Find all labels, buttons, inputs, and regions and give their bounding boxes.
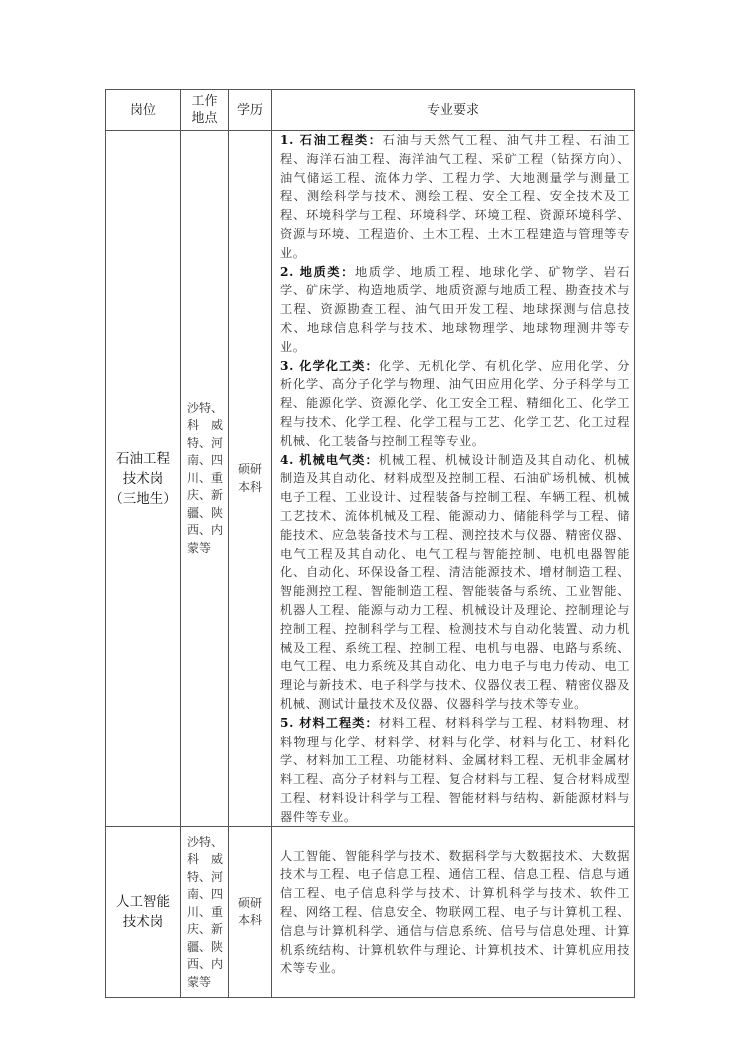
- position-line: 技术岗: [106, 469, 180, 489]
- category-label: 4. 机械电气类：: [280, 453, 379, 467]
- position-line: 人工智能: [106, 892, 180, 912]
- location-cell: 沙特、 科 威 特、河 南、四 川、重 庆、新 疆、陕 西、内 蒙等: [181, 131, 229, 827]
- education-line: 硕研: [229, 461, 271, 479]
- category-label: 5. 材料工程类：: [280, 716, 379, 730]
- location-line: 特、河: [187, 869, 225, 887]
- category-text: 材料工程、材料科学与工程、材料物理、材料物理与化学、材料学、材料与化学、材料与化…: [280, 716, 630, 824]
- requirements-cell: 人工智能、智能科学与技术、数据科学与大数据技术、大数据技术与工程、电子信息工程、…: [272, 827, 635, 998]
- location-line: 川、重: [187, 470, 225, 488]
- education-cell: 硕研 本科: [229, 827, 272, 998]
- location-line: 庆、新: [187, 487, 225, 505]
- location-line: 科 威: [187, 417, 225, 435]
- header-position: 岗位: [106, 90, 181, 131]
- education-cell: 硕研 本科: [229, 131, 272, 827]
- table-header-row: 岗位 工作 地点 学历 专业要求: [106, 90, 635, 131]
- location-line: 疆、陕: [187, 505, 225, 523]
- location-line: 疆、陕: [187, 939, 225, 957]
- category-materials: 5. 材料工程类：材料工程、材料科学与工程、材料物理、材料物理与化学、材料学、材…: [280, 714, 630, 827]
- category-chemical: 3. 化学化工类：化学、无机化学、有机化学、应用化学、分析化学、高分子化学与物理…: [280, 357, 630, 451]
- table-row: 人工智能 技术岗 沙特、 科 威 特、河 南、四 川、重 庆、新 疆、陕 西、内…: [106, 827, 635, 998]
- position-cell: 人工智能 技术岗: [106, 827, 181, 998]
- education-line: 本科: [229, 479, 271, 497]
- location-line: 蒙等: [187, 974, 225, 992]
- category-label: 3. 化学化工类：: [280, 359, 379, 373]
- position-line: 技术岗: [106, 912, 180, 932]
- location-line: 沙特、: [187, 834, 225, 852]
- table-row: 石油工程 技术岗 （三地生） 沙特、 科 威 特、河 南、四 川、重 庆、新 疆…: [106, 131, 635, 827]
- category-geology: 2. 地质类：地质学、地质工程、地球化学、矿物学、岩石学、矿床学、构造地质学、地…: [280, 263, 630, 357]
- header-location: 工作 地点: [181, 90, 229, 131]
- category-text: 机械工程、机械设计制造及其自动化、机械制造及其自动化、材料成型及控制工程、石油矿…: [280, 453, 630, 711]
- location-line: 科 威: [187, 851, 225, 869]
- location-line: 西、内: [187, 522, 225, 540]
- location-line: 南、四: [187, 452, 225, 470]
- category-label: 2. 地质类：: [280, 265, 355, 279]
- requirements-cell: 1. 石油工程类：石油与天然气工程、油气井工程、石油工程、海洋石油工程、海洋油气…: [272, 131, 635, 827]
- category-label: 1. 石油工程类：: [280, 133, 383, 147]
- location-line: 蒙等: [187, 540, 225, 558]
- location-line: 沙特、: [187, 400, 225, 418]
- location-line: 庆、新: [187, 921, 225, 939]
- header-location-line1: 工作: [181, 93, 228, 110]
- job-requirements-table: 岗位 工作 地点 学历 专业要求 石油工程 技术岗 （三地生） 沙特、 科 威 …: [105, 89, 635, 998]
- header-location-line2: 地点: [181, 110, 228, 127]
- category-text: 石油与天然气工程、油气井工程、石油工程、海洋石油工程、海洋油气工程、采矿工程（钻…: [280, 133, 630, 260]
- education-line: 硕研: [229, 895, 271, 913]
- header-requirements: 专业要求: [272, 90, 635, 131]
- location-line: 西、内: [187, 956, 225, 974]
- location-line: 南、四: [187, 886, 225, 904]
- position-line: 石油工程: [106, 449, 180, 469]
- location-line: 川、重: [187, 904, 225, 922]
- position-line: （三地生）: [106, 489, 180, 509]
- education-line: 本科: [229, 912, 271, 930]
- category-petroleum: 1. 石油工程类：石油与天然气工程、油气井工程、石油工程、海洋石油工程、海洋油气…: [280, 131, 630, 263]
- position-cell: 石油工程 技术岗 （三地生）: [106, 131, 181, 827]
- requirements-text: 人工智能、智能科学与技术、数据科学与大数据技术、大数据技术与工程、电子信息工程、…: [280, 847, 630, 979]
- location-line: 特、河: [187, 435, 225, 453]
- category-mechanical-electrical: 4. 机械电气类：机械工程、机械设计制造及其自动化、机械制造及其自动化、材料成型…: [280, 451, 630, 714]
- header-education: 学历: [229, 90, 272, 131]
- location-cell: 沙特、 科 威 特、河 南、四 川、重 庆、新 疆、陕 西、内 蒙等: [181, 827, 229, 998]
